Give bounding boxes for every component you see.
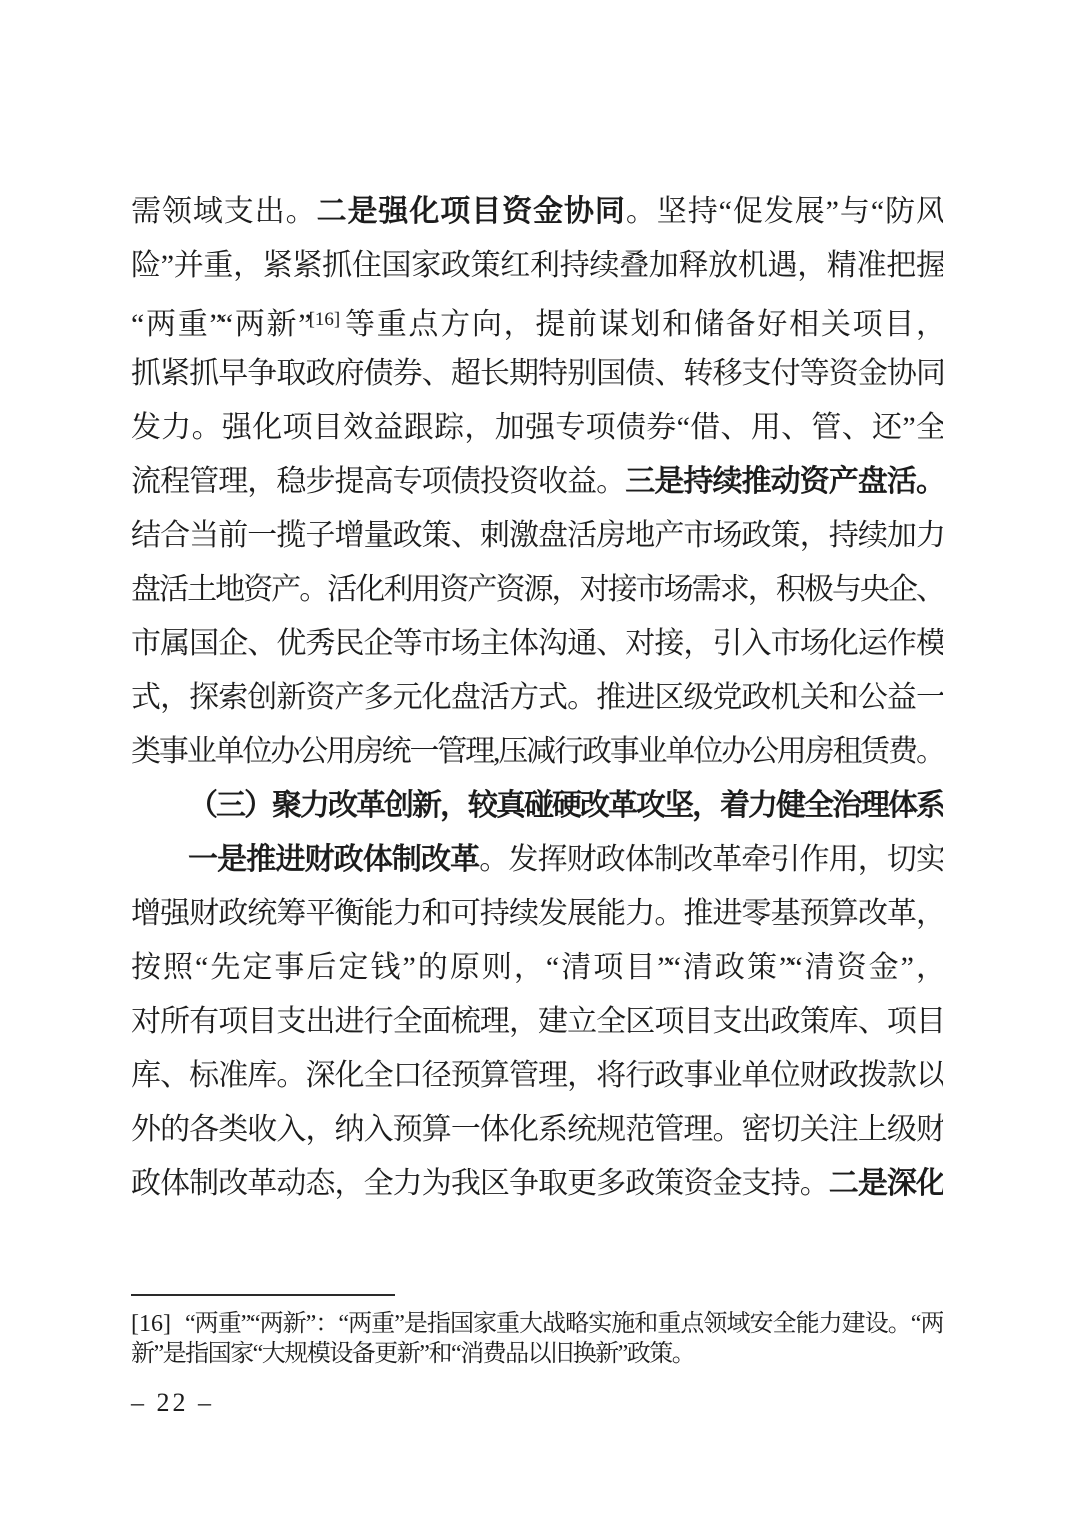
text-line: “两重”“两新”[16]等重点方向，提前谋划和储备好相关项目， <box>131 293 943 347</box>
document-body: 需领域支出。二是强化项目资金协同。坚持“促发展”与“防风 险”并重，紧紧抓住国家… <box>131 185 943 1211</box>
text-segment: “两重”“两新” <box>131 308 309 341</box>
document-page: 需领域支出。二是强化项目资金协同。坚持“促发展”与“防风 险”并重，紧紧抓住国家… <box>0 0 1074 1520</box>
text-segment: 发力。强化项目效益跟踪，加强专项债券“借、用、管、还”全 <box>131 411 943 444</box>
text-line: 结合当前一揽子增量政策、刺激盘活房地产市场政策，持续加力 <box>131 509 943 563</box>
text-line: 险”并重，紧紧抓住国家政策红利持续叠加释放机遇，精准把握 <box>131 239 943 293</box>
footnote-reference: [16] <box>309 309 341 330</box>
text-line: 对所有项目支出进行全面梳理，建立全区项目支出政策库、项目 <box>131 995 943 1049</box>
text-line: 需领域支出。二是强化项目资金协同。坚持“促发展”与“防风 <box>131 185 943 239</box>
text-segment: 外的各类收入，纳入预算一体化系统规范管理。密切关注上级财 <box>131 1113 943 1146</box>
bold-run-in-heading: 二是强化项目资金协同 <box>317 195 626 228</box>
text-segment: 库、标准库。深化全口径预算管理，将行政事业单位财政拨款以 <box>131 1059 943 1092</box>
page-number: – 22 – <box>131 1388 214 1418</box>
bold-run-in-heading: 一是推进财政体制改革 <box>188 843 479 876</box>
section-heading-text: （三）聚力改革创新，较真碰硬改革攻坚，着力健全治理体系 <box>188 789 943 822</box>
text-segment: 市属国企、优秀民企等市场主体沟通、对接，引入市场化运作模 <box>131 627 943 660</box>
footnote-line: [16]“两重”“两新”：“两重”是指国家重大战略实施和重点领域安全能力建设。“… <box>131 1309 943 1339</box>
text-line: 库、标准库。深化全口径预算管理，将行政事业单位财政拨款以 <box>131 1049 943 1103</box>
text-line: 政体制改革动态，全力为我区争取更多政策资金支持。二是深化 <box>131 1157 943 1211</box>
text-line: 发力。强化项目效益跟踪，加强专项债券“借、用、管、还”全 <box>131 401 943 455</box>
text-line: 市属国企、优秀民企等市场主体沟通、对接，引入市场化运作模 <box>131 617 943 671</box>
text-line: 流程管理，稳步提高专项债投资收益。三是持续推动资产盘活。 <box>131 455 943 509</box>
text-segment: 政体制改革动态，全力为我区争取更多政策资金支持。 <box>131 1167 829 1200</box>
footnotes: [16]“两重”“两新”：“两重”是指国家重大战略实施和重点领域安全能力建设。“… <box>131 1309 943 1369</box>
text-segment: 对所有项目支出进行全面梳理，建立全区项目支出政策库、项目 <box>131 1005 943 1038</box>
text-segment: 盘活土地资产。活化利用资产资源，对接市场需求，积极与央企、 <box>131 573 943 606</box>
text-segment: 。发挥财政体制改革牵引作用，切实 <box>479 843 943 876</box>
text-segment: 需领域支出。 <box>131 195 317 228</box>
text-segment: 按照“先定事后定钱”的原则，“清项目”“清政策”“清资金”， <box>131 951 943 984</box>
text-line: 增强财政统筹平衡能力和可持续发展能力。推进零基预算改革， <box>131 887 943 941</box>
text-segment: 抓紧抓早争取政府债券、超长期特别国债、转移支付等资金协同 <box>131 357 943 390</box>
text-line: 式，探索创新资产多元化盘活方式。推进区级党政机关和公益一 <box>131 671 943 725</box>
text-segment: 等重点方向，提前谋划和储备好相关项目， <box>340 308 943 341</box>
footnote-marker: [16] <box>131 1311 171 1337</box>
bold-run-in-heading: 三是持续推动资产盘活。 <box>625 465 943 498</box>
text-line: 类事业单位办公用房统一管理,压减行政事业单位办公用房租赁费。 <box>131 725 943 779</box>
text-segment: 险”并重，紧紧抓住国家政策红利持续叠加释放机遇，精准把握 <box>131 249 943 282</box>
text-segment: 式，探索创新资产多元化盘活方式。推进区级党政机关和公益一 <box>131 681 943 714</box>
text-line: 按照“先定事后定钱”的原则，“清项目”“清政策”“清资金”， <box>131 941 943 995</box>
text-line: 抓紧抓早争取政府债券、超长期特别国债、转移支付等资金协同 <box>131 347 943 401</box>
text-line: 盘活土地资产。活化利用资产资源，对接市场需求，积极与央企、 <box>131 563 943 617</box>
footnote-separator <box>131 1294 395 1296</box>
bold-run-in-heading: 二是深化 <box>829 1167 943 1200</box>
footnote-text: 新”是指国家“大规模设备更新”和“消费品以旧换新”政策。 <box>131 1341 694 1367</box>
text-line: 外的各类收入，纳入预算一体化系统规范管理。密切关注上级财 <box>131 1103 943 1157</box>
text-segment: 增强财政统筹平衡能力和可持续发展能力。推进零基预算改革， <box>131 897 943 930</box>
text-segment: 类事业单位办公用房统一管理,压减行政事业单位办公用房租赁费。 <box>131 735 943 768</box>
section-heading: （三）聚力改革创新，较真碰硬改革攻坚，着力健全治理体系 <box>131 779 943 833</box>
footnote-line: 新”是指国家“大规模设备更新”和“消费品以旧换新”政策。 <box>131 1339 943 1369</box>
text-segment: 结合当前一揽子增量政策、刺激盘活房地产市场政策，持续加力 <box>131 519 943 552</box>
text-segment: 。坚持“促发展”与“防风 <box>626 195 943 228</box>
text-segment: 流程管理，稳步提高专项债投资收益。 <box>131 465 625 498</box>
footnote-text: “两重”“两新”：“两重”是指国家重大战略实施和重点领域安全能力建设。“两 <box>185 1311 943 1337</box>
text-line: 一是推进财政体制改革。发挥财政体制改革牵引作用，切实 <box>131 833 943 887</box>
